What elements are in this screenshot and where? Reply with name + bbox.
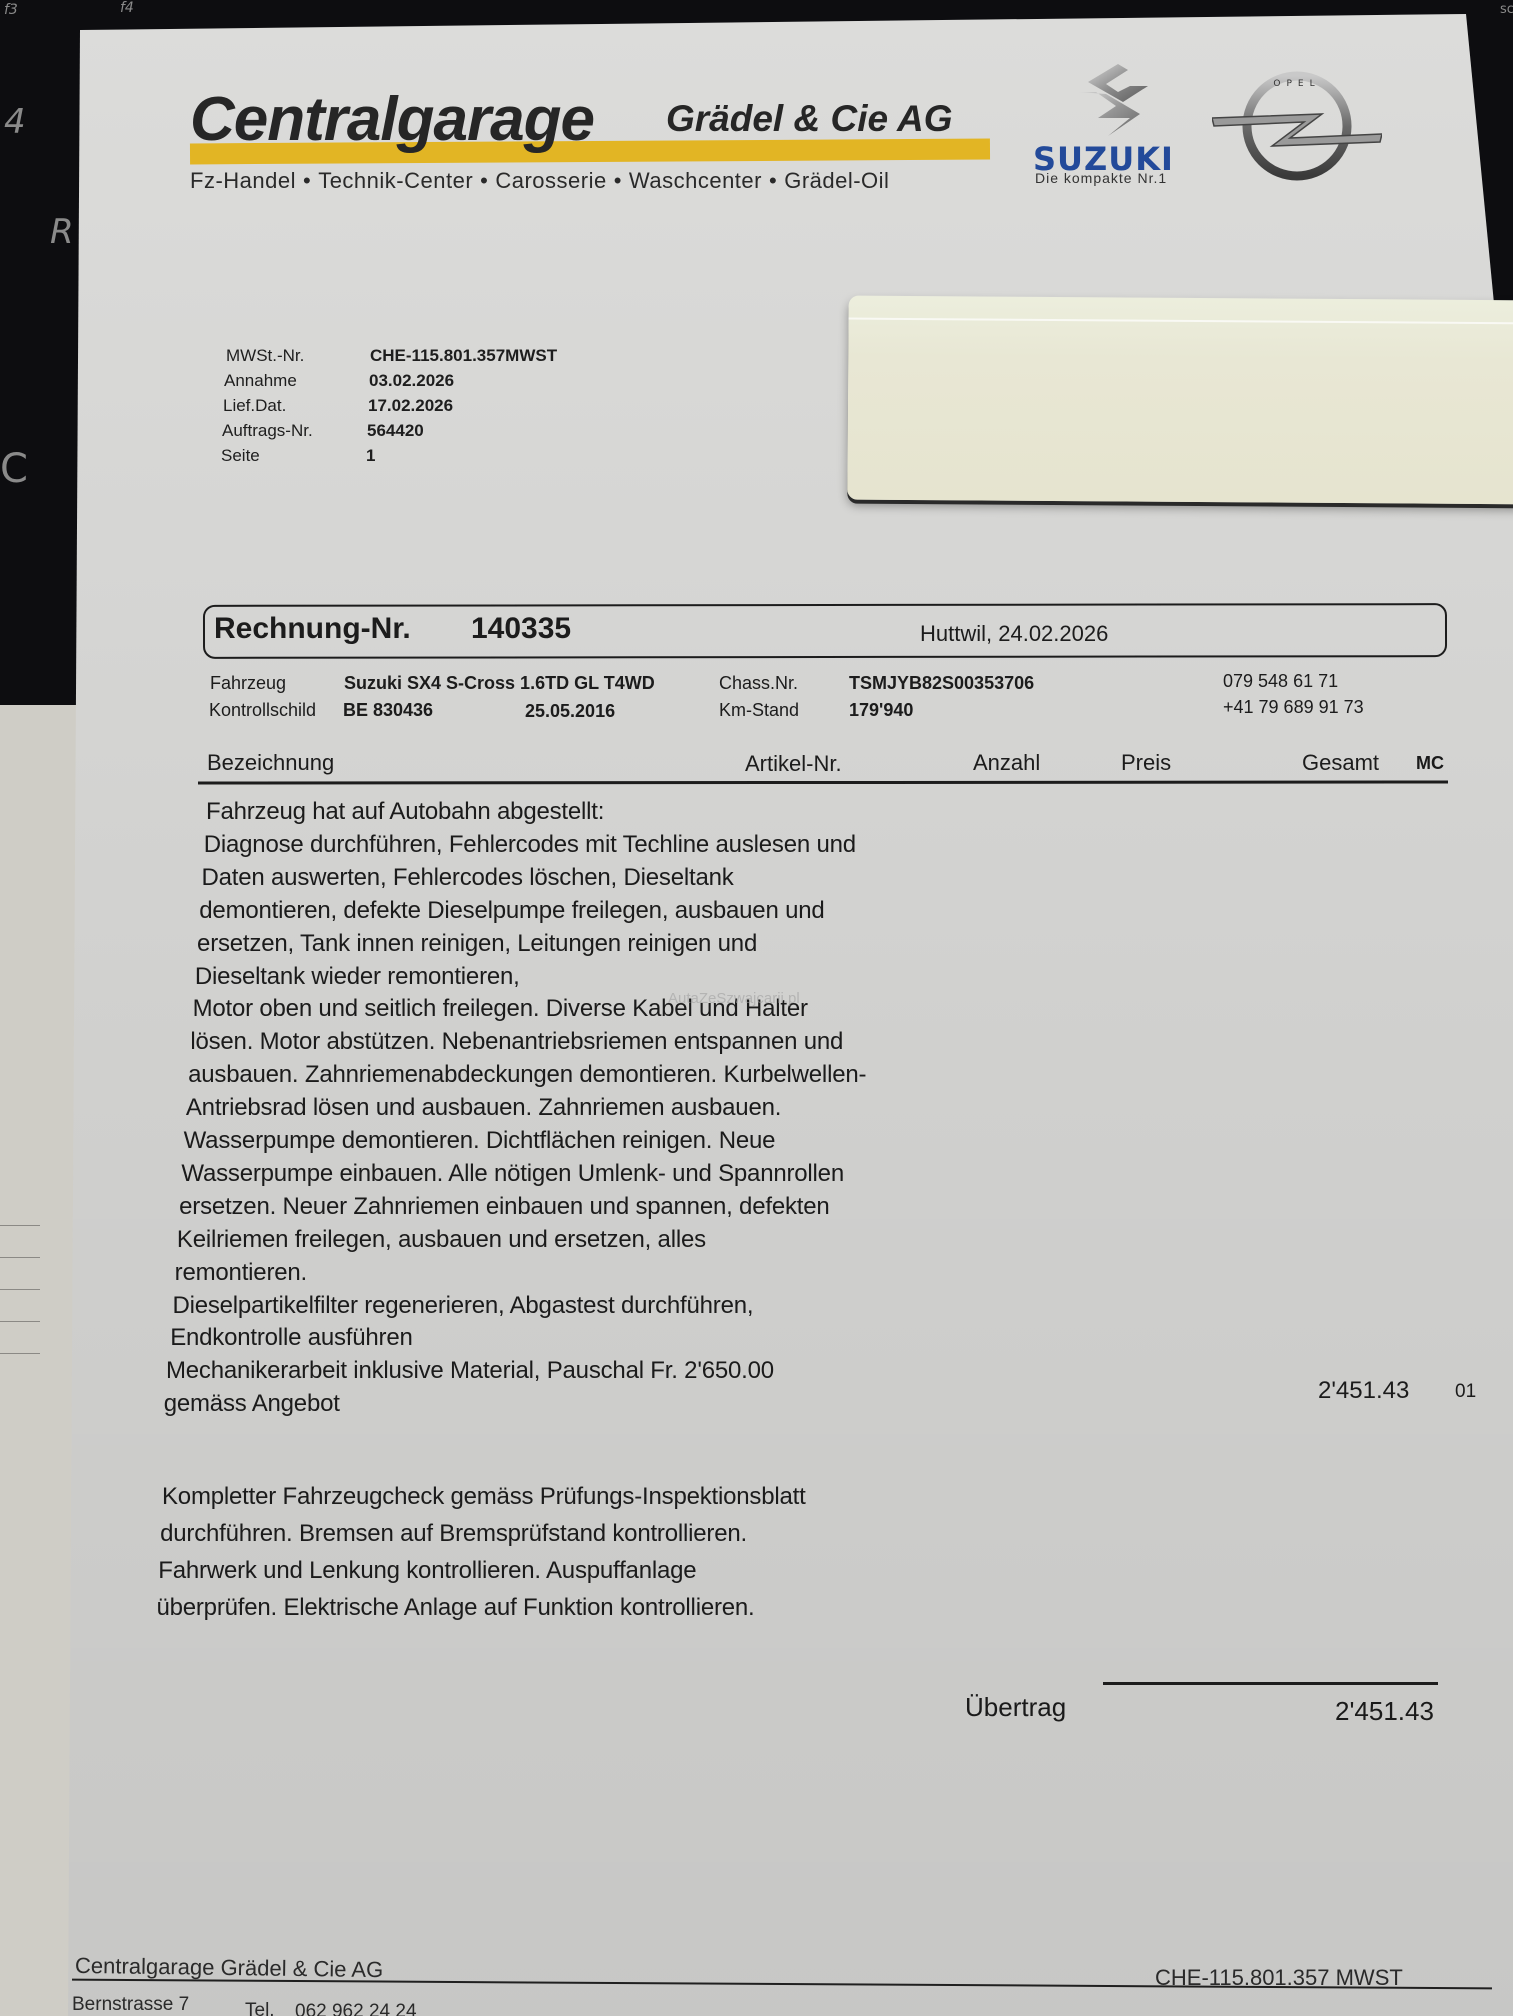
item-description-line: Antriebsrad lösen und ausbauen. Zahnriem… <box>186 1094 781 1122</box>
vehicle-model: Suzuki SX4 S-Cross 1.6TD GL T4WD <box>344 673 655 694</box>
footer-tel-label: Tel. <box>245 2000 275 2016</box>
key-label: f4 <box>120 0 134 16</box>
footer-vat: CHE-115.801.357 MWST <box>1155 1965 1403 1991</box>
company-logo-suffix: Grädel & Cie AG <box>666 98 952 140</box>
meta-label-vat: MWSt.-Nr. <box>226 346 304 366</box>
item-description-line: ausbauen. Zahnriemenabdeckungen demontie… <box>188 1061 866 1089</box>
col-artikel: Artikel-Nr. <box>745 751 842 777</box>
item-mc-code: 01 <box>1455 1381 1476 1403</box>
phone-2: +41 79 689 91 73 <box>1223 697 1364 718</box>
item-description-line: Fahrzeug hat auf Autobahn abgestellt: <box>206 798 604 826</box>
item-description-line: ersetzen. Neuer Zahnriemen einbauen und … <box>179 1193 829 1221</box>
opel-logo-icon: OPEL <box>1212 66 1382 186</box>
col-mc: MC <box>1416 753 1444 774</box>
plate-label: Kontrollschild <box>209 700 316 721</box>
suzuki-logo-icon <box>1068 62 1158 138</box>
key-label: sc <box>1500 2 1513 17</box>
col-preis: Preis <box>1121 750 1171 776</box>
item-description-line: gemäss Angebot <box>164 1390 340 1418</box>
invoice-place-date: Huttwil, 24.02.2026 <box>920 621 1108 647</box>
item-description-line: Keilriemen freilegen, ausbauen und erset… <box>177 1226 706 1254</box>
item-description-line: Daten auswerten, Fehlercodes löschen, Di… <box>202 864 734 892</box>
service-item: Technik-Center <box>318 168 473 193</box>
suzuki-claim: Die kompakte Nr.1 <box>1035 170 1167 186</box>
col-bezeichnung: Bezeichnung <box>207 750 334 776</box>
service-item: Carosserie <box>495 168 606 193</box>
invoice-title: Rechnung-Nr. <box>214 612 411 646</box>
phone-1: 079 548 61 71 <box>1223 671 1338 692</box>
carry-over-amount: 2'451.43 <box>1335 1696 1434 1727</box>
km-reading: 179'940 <box>849 700 913 721</box>
meta-label-seite: Seite <box>221 446 260 466</box>
col-gesamt: Gesamt <box>1302 750 1379 776</box>
service-item: Waschcenter <box>629 168 762 193</box>
footer-street: Bernstrasse 7 <box>72 1994 189 2016</box>
km-label: Km-Stand <box>719 700 799 721</box>
key-label: 4 <box>4 102 26 142</box>
item-description-line: überprüfen. Elektrische Anlage auf Funkt… <box>156 1594 754 1622</box>
item-description-line: Diagnose durchführen, Fehlercodes mit Te… <box>204 831 856 859</box>
meta-value-liefdat: 17.02.2026 <box>368 396 453 416</box>
service-item: Fz-Handel <box>190 168 296 193</box>
carry-over-label: Übertrag <box>965 1692 1066 1723</box>
chassis-label: Chass.Nr. <box>719 673 798 694</box>
item-description-line: Dieseltank wieder remontieren, <box>195 963 520 991</box>
service-item: Grädel-Oil <box>784 168 889 193</box>
item-description-line: remontieren. <box>175 1259 307 1287</box>
item-total: 2'451.43 <box>1318 1377 1409 1405</box>
meta-value-vat: CHE-115.801.357MWST <box>370 346 557 366</box>
meta-value-seite: 1 <box>366 446 375 466</box>
footer-tel: 062 962 24 24 <box>295 2001 417 2016</box>
watermark: AutaZeSzwajcarii.pl <box>668 990 800 1007</box>
vehicle-label: Fahrzeug <box>210 673 286 694</box>
item-description-line: Wasserpumpe einbauen. Alle nötigen Umlen… <box>181 1160 844 1188</box>
address-cover-object <box>847 296 1513 505</box>
meta-value-annahme: 03.02.2026 <box>369 371 454 391</box>
license-plate: BE 830436 <box>343 700 433 721</box>
invoice-number: 140335 <box>471 612 571 646</box>
meta-value-auftrag: 564420 <box>367 421 424 441</box>
sum-rule <box>1103 1682 1438 1685</box>
item-description-line: Wasserpumpe demontieren. Dichtflächen re… <box>184 1127 776 1155</box>
item-description-line: Dieselpartikelfilter regenerieren, Abgas… <box>172 1292 753 1320</box>
key-label: f3 <box>4 2 18 18</box>
item-description-line: durchführen. Bremsen auf Bremsprüfstand … <box>160 1520 747 1548</box>
item-description-line: Kompletter Fahrzeugcheck gemäss Prüfungs… <box>162 1483 806 1511</box>
item-description-line: ersetzen, Tank innen reinigen, Leitungen… <box>197 930 757 958</box>
item-description-line: demontieren, defekte Dieselpumpe freileg… <box>199 897 824 925</box>
svg-text:OPEL: OPEL <box>1273 79 1320 89</box>
services-tagline: Fz-Handel•Technik-Center•Carosserie•Wasc… <box>190 168 889 194</box>
company-logo-text: Centralgarage <box>190 84 594 155</box>
key-label: C <box>0 446 28 492</box>
first-registration: 25.05.2016 <box>525 701 615 722</box>
item-description-line: Endkontrolle ausführen <box>170 1324 412 1352</box>
key-label: R <box>50 212 74 252</box>
meta-label-annahme: Annahme <box>224 371 297 391</box>
item-description-line: Mechanikerarbeit inklusive Material, Pau… <box>166 1357 774 1385</box>
item-description-line: lösen. Motor abstützen. Nebenantriebsrie… <box>190 1028 843 1056</box>
item-description-line: Fahrwerk und Lenkung kontrollieren. Ausp… <box>158 1557 696 1585</box>
meta-label-liefdat: Lief.Dat. <box>223 396 286 416</box>
col-anzahl: Anzahl <box>973 750 1040 776</box>
chassis-number: TSMJYB82S00353706 <box>849 673 1034 694</box>
meta-label-auftrag: Auftrags-Nr. <box>222 421 313 441</box>
